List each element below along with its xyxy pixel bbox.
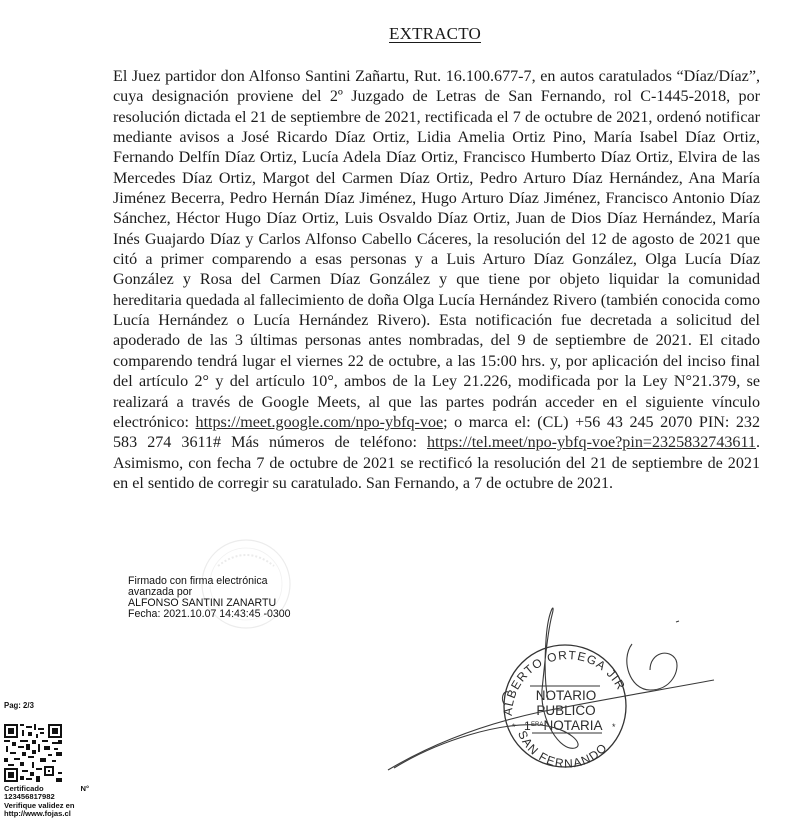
electronic-signature-block: Firmado con firma electrónica avanzada p…: [128, 576, 291, 620]
qr-code-icon[interactable]: [4, 724, 62, 782]
paragraph-text-part1: El Juez partidor don Alfonso Santini Zañ…: [113, 68, 760, 431]
certificate-number-label: N°: [80, 785, 89, 793]
handwritten-signature-icon: [388, 608, 714, 770]
stamp-line-notaria: NOTARIA: [543, 718, 602, 733]
stamp-star-left: *: [512, 722, 516, 732]
stamp-ordinal: 1: [524, 719, 531, 733]
stamp-star-right: *: [612, 722, 616, 732]
svg-text:SAN FERNANDO: SAN FERNANDO: [515, 728, 610, 770]
extract-paragraph: El Juez partidor don Alfonso Santini Zañ…: [113, 67, 760, 494]
google-meet-link[interactable]: https://meet.google.com/npo-ybfq-voe: [196, 414, 444, 431]
signature-date: Fecha: 2021.10.07 14:43:45 -0300: [128, 609, 291, 620]
document-title: EXTRACTO: [0, 24, 799, 44]
phone-pin-link[interactable]: https://tel.meet/npo-ybfq-voe?pin=232583…: [427, 434, 756, 451]
stamp-line-notario: NOTARIO: [536, 688, 597, 703]
stamp-bottom-arc-text: SAN FERNANDO: [515, 728, 610, 770]
page-number: Pag: 2/3: [4, 702, 100, 710]
certificate-block: Pag: 2/3 Certificado N° 123456817982 Ver…: [4, 702, 100, 818]
fojas-url-link[interactable]: http://www.fojas.cl: [4, 809, 71, 818]
stamp-ordinal-superscript: ERA: [531, 722, 543, 728]
stamp-line-publico: PUBLICO: [536, 703, 595, 718]
